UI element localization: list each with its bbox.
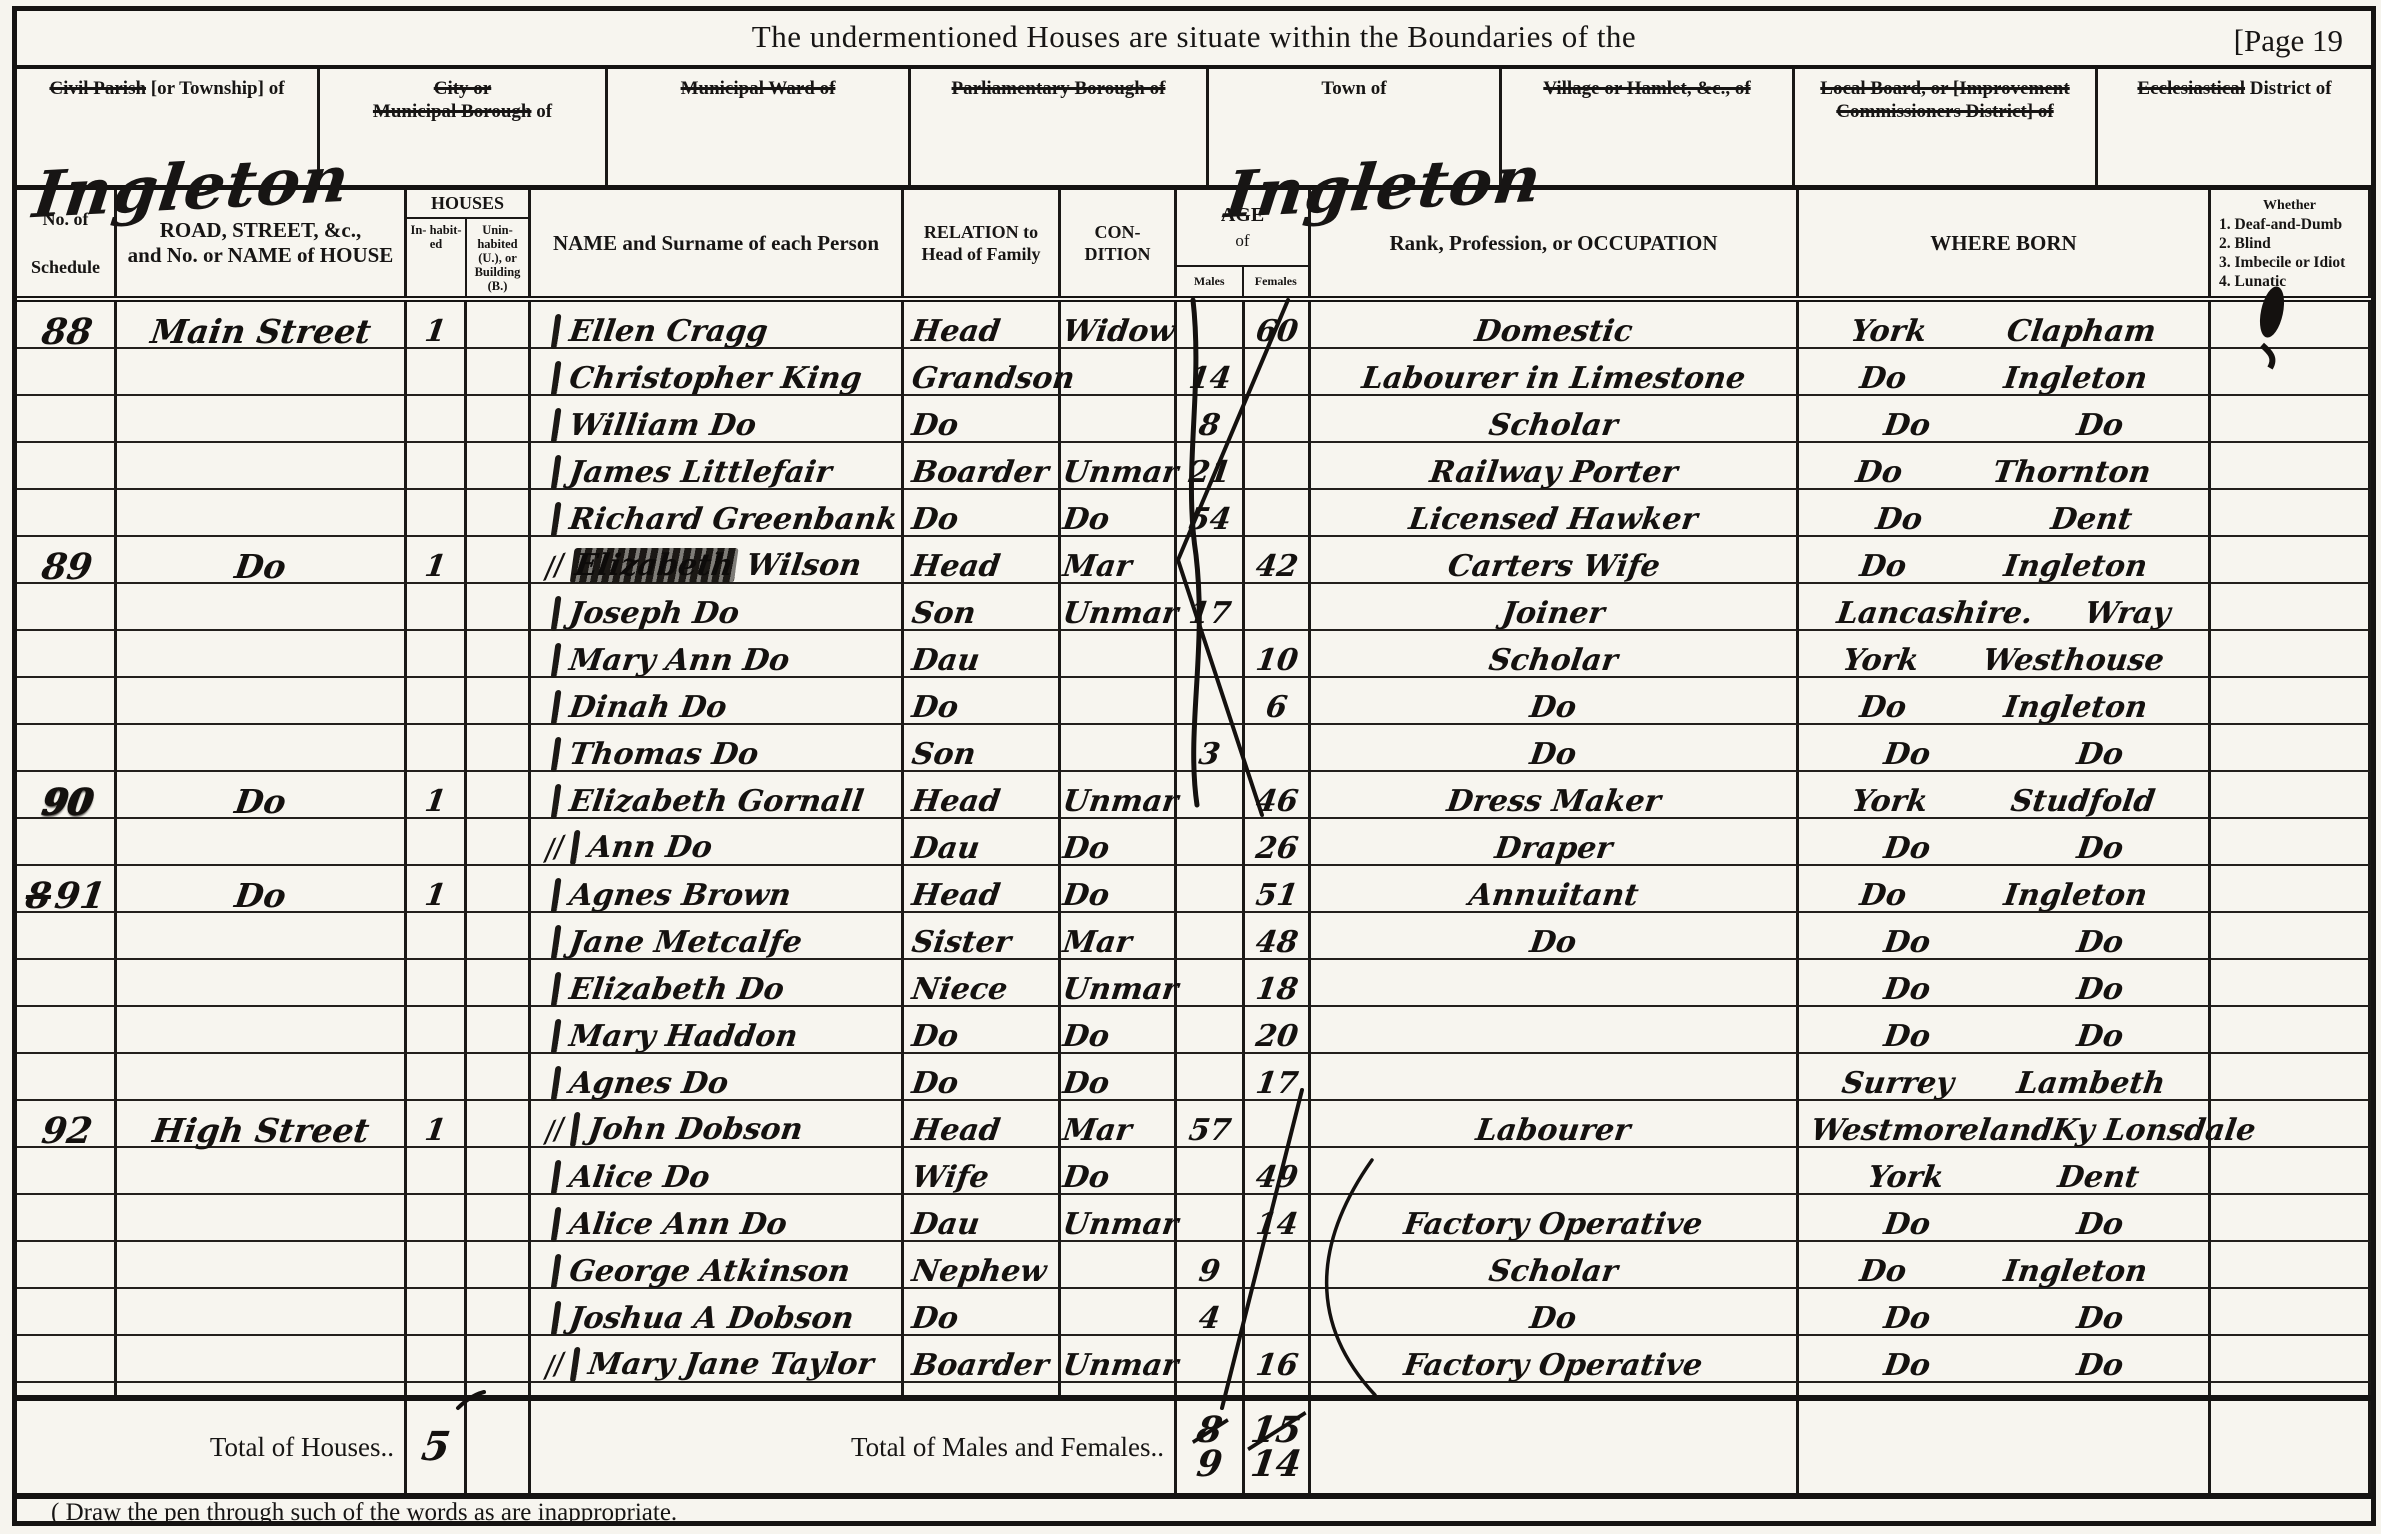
cell-relation: Wife: [904, 1148, 1061, 1195]
cell-name: Elizabeth Gornall: [531, 772, 904, 819]
relation-value: Boarder: [910, 1351, 1051, 1381]
name-blotted: [551, 1301, 562, 1336]
census-row: 891 Do 1 Agnes Brown Head Do 51 Annuitan…: [17, 866, 2371, 913]
cell-uninhabited: [467, 396, 531, 443]
schedule-number: 89: [39, 546, 95, 588]
cell-age-male: [1177, 913, 1245, 960]
col-condition-label: CON- DITION: [1065, 221, 1170, 265]
person-name: Richard Greenbank: [567, 502, 899, 537]
cell-name: Alice Do: [531, 1148, 904, 1195]
cell-age-male: 9: [1177, 1242, 1245, 1289]
person-name: Ann Do: [586, 830, 714, 865]
cell-age-female: [1245, 396, 1311, 443]
cell-age-male: 4: [1177, 1289, 1245, 1336]
cell-road: [117, 913, 407, 960]
cell-schedule: 90: [17, 772, 117, 819]
cell-name: // Ann Do: [531, 819, 904, 866]
col-inhabited: In- habit- ed: [407, 219, 467, 296]
cell-disability: [2211, 913, 2371, 960]
cell-inhabited: 1: [407, 537, 467, 584]
born-place: Do: [2075, 1351, 2125, 1381]
born-place: Lambeth: [2015, 1069, 2167, 1099]
cell-disability: [2211, 1007, 2371, 1054]
schedule-struck: [61, 452, 67, 494]
born-county: Do: [1882, 1351, 1932, 1381]
col-disability-line: 4. Lunatic: [2219, 272, 2286, 291]
cell-name: Alice Ann Do: [531, 1195, 904, 1242]
cell-condition: Mar: [1061, 1101, 1177, 1148]
cell-age-male: [1177, 866, 1245, 913]
col-road-line2: and No. or NAME of HOUSE: [128, 243, 394, 268]
born-county: Lancashire.: [1835, 599, 2035, 629]
cell-occupation: Do: [1311, 725, 1799, 772]
cell-road: [117, 1007, 407, 1054]
born-place: Ingleton: [2002, 364, 2149, 394]
cell-road: Do: [117, 866, 407, 913]
schedule-struck: [61, 1345, 67, 1387]
cell-condition: Do: [1061, 1007, 1177, 1054]
cell-age-male: 3: [1177, 725, 1245, 772]
occupation-value: Joiner: [1500, 599, 1607, 629]
cell-road: [117, 960, 407, 1007]
cell-inhabited: [407, 1289, 467, 1336]
cell-name: Joseph Do: [531, 584, 904, 631]
total-females-value: 1514: [1245, 1401, 1311, 1493]
age-female-value: 16: [1254, 1351, 1300, 1381]
census-page: The undermentioned Houses are situate wi…: [0, 0, 2381, 1534]
col-occupation-label: Rank, Profession, or OCCUPATION: [1389, 231, 1717, 256]
person-name: Thomas Do: [567, 737, 761, 772]
cell-inhabited: [407, 396, 467, 443]
cell-schedule: [17, 490, 117, 537]
relation-value: Dau: [910, 646, 981, 676]
cell-born: WestmorelandKy Lonsdale: [1799, 1101, 2211, 1148]
census-row: Jane Metcalfe Sister Mar 48 Do DoDo: [17, 913, 2371, 960]
census-row: 89 Do 1 //Elizabeth Wilson Head Mar 42 C…: [17, 537, 2371, 584]
inhabited-value: 1: [423, 881, 448, 911]
cell-occupation: Railway Porter: [1311, 443, 1799, 490]
header-label-struck: Civil Parish: [49, 78, 146, 99]
cell-schedule: [17, 1195, 117, 1242]
cell-occupation: Scholar: [1311, 1242, 1799, 1289]
cell-inhabited: [407, 725, 467, 772]
condition-value: Unmar: [1061, 975, 1180, 1005]
col-relation: RELATION to Head of Family: [904, 190, 1061, 296]
cell-occupation: Labourer: [1311, 1101, 1799, 1148]
person-name: Elizabeth Gornall: [567, 784, 866, 819]
born-place: Do: [2075, 975, 2125, 1005]
relation-value: Head: [910, 317, 1002, 347]
born-county: Do: [1882, 740, 1932, 770]
relation-value: Do: [910, 1304, 960, 1334]
cell-name: Agnes Do: [531, 1054, 904, 1101]
cell-occupation: [1311, 1054, 1799, 1101]
name-blotted: [551, 972, 562, 1007]
person-name: Elizabeth Do: [567, 972, 786, 1007]
cell-schedule: [17, 1054, 117, 1101]
header-box-ecclesiastical-district: Ecclesiastical District of: [2098, 69, 2371, 185]
cell-age-female: 49: [1245, 1148, 1311, 1195]
cell-relation: Do: [904, 1289, 1061, 1336]
cell-uninhabited: [467, 302, 531, 349]
condition-value: Do: [1061, 1022, 1111, 1052]
cell-road: [117, 349, 407, 396]
census-row: Richard Greenbank Do Do 54 Licensed Hawk…: [17, 490, 2371, 537]
males-total-struck: 8: [1195, 1413, 1225, 1447]
census-row: Dinah Do Do 6 Do DoIngleton: [17, 678, 2371, 725]
cell-name: // John Dobson: [531, 1101, 904, 1148]
cell-uninhabited: [467, 490, 531, 537]
cell-age-female: 6: [1245, 678, 1311, 725]
born-place: Do: [2075, 1304, 2125, 1334]
age-male-value: 54: [1187, 505, 1233, 535]
boundary-header-row: Civil Parish [or Township] of Ingleton C…: [17, 69, 2371, 190]
cell-uninhabited: [467, 349, 531, 396]
schedule-number: 91: [52, 875, 108, 917]
cell-age-male: [1177, 631, 1245, 678]
cell-age-male: [1177, 1195, 1245, 1242]
road-value: Do: [233, 881, 288, 911]
footnote: ( Draw the pen through such of the words…: [17, 1499, 2371, 1521]
cell-schedule: [17, 443, 117, 490]
col-schedule-line2: Schedule: [31, 256, 100, 278]
census-row: Joseph Do Son Unmar 17 Joiner Lancashire…: [17, 584, 2371, 631]
age-female-value: 60: [1254, 317, 1300, 347]
relation-value: Head: [910, 881, 1002, 911]
born-place: Ingleton: [2002, 693, 2149, 723]
cell-condition: [1061, 1242, 1177, 1289]
schedule-number: [65, 358, 71, 400]
cell-road: [117, 678, 407, 725]
name-blotted: [551, 596, 562, 631]
schedule-struck: [61, 640, 67, 682]
road-value: Main Street: [149, 317, 373, 347]
person-name: William Do: [567, 408, 758, 443]
age-male-value: 3: [1197, 740, 1222, 770]
cell-age-female: 60: [1245, 302, 1311, 349]
cell-inhabited: [407, 443, 467, 490]
relation-value: Do: [910, 1022, 960, 1052]
cell-disability: [2211, 1242, 2371, 1289]
col-relation-label: RELATION to Head of Family: [908, 221, 1054, 265]
road-value: High Street: [150, 1116, 370, 1146]
schedule-number: [65, 499, 71, 541]
cell-name: James Littlefair: [531, 443, 904, 490]
cell-born: DoDo: [1799, 960, 2211, 1007]
cell-name: Ellen Cragg: [531, 302, 904, 349]
cell-relation: Do: [904, 1007, 1061, 1054]
cell-condition: Do: [1061, 490, 1177, 537]
header-box-village-hamlet: Village or Hamlet, &c., of: [1502, 69, 1795, 185]
table-body: 88 Main Street 1 Ellen Cragg Head Widow …: [17, 302, 2371, 1383]
cell-disability: [2211, 584, 2371, 631]
relation-value: Sister: [910, 928, 1013, 958]
cell-inhabited: 1: [407, 1101, 467, 1148]
cell-age-female: 16: [1245, 1336, 1311, 1383]
schedule-number: [65, 452, 71, 494]
cell-uninhabited: [467, 772, 531, 819]
cell-disability: [2211, 1148, 2371, 1195]
occupation-value: Do: [1528, 740, 1578, 770]
header-label: District of: [2245, 78, 2332, 99]
schedule-struck: [61, 499, 67, 541]
cell-disability: [2211, 1054, 2371, 1101]
age-female-value: 42: [1254, 552, 1300, 582]
cell-age-female: [1245, 725, 1311, 772]
schedule-number: [65, 1298, 71, 1340]
age-female-value: 10: [1254, 646, 1300, 676]
age-female-value: 6: [1264, 693, 1289, 723]
col-disability-line: Whether: [2263, 196, 2316, 215]
person-name: Joseph Do: [567, 596, 741, 631]
col-disability: Whether 1. Deaf-and-Dumb 2. Blind 3. Imb…: [2211, 190, 2371, 296]
schedule-number: 88: [39, 311, 95, 353]
cell-relation: Dau: [904, 631, 1061, 678]
cell-age-male: [1177, 772, 1245, 819]
cell-occupation: Factory Operative: [1311, 1195, 1799, 1242]
household-mark: //: [545, 549, 564, 585]
schedule-number: [65, 405, 71, 447]
occupation-value: Labourer in Limestone: [1360, 364, 1747, 394]
age-female-value: 17: [1254, 1069, 1300, 1099]
name-blotted: [551, 1019, 562, 1054]
cell-uninhabited: [467, 1242, 531, 1289]
age-male-value: 9: [1197, 1257, 1222, 1287]
cell-disability: [2211, 678, 2371, 725]
schedule-struck: [61, 828, 67, 870]
cell-schedule: [17, 396, 117, 443]
condition-value: Do: [1061, 505, 1111, 535]
cell-born: DoIngleton: [1799, 1242, 2211, 1289]
cell-inhabited: [407, 1195, 467, 1242]
cell-occupation: Licensed Hawker: [1311, 490, 1799, 537]
condition-value: Do: [1061, 881, 1111, 911]
born-place: Do: [2075, 1210, 2125, 1240]
person-name: Agnes Brown: [567, 878, 793, 913]
cell-disability: [2211, 349, 2371, 396]
cell-condition: [1061, 349, 1177, 396]
cell-born: SurreyLambeth: [1799, 1054, 2211, 1101]
born-place: Dent: [2049, 505, 2134, 535]
born-place: Clapham: [2005, 317, 2158, 347]
cell-schedule: [17, 819, 117, 866]
schedule-number: [65, 640, 71, 682]
schedule-number: [65, 734, 71, 776]
born-county: Westmoreland: [1809, 1116, 2055, 1146]
cell-road: Do: [117, 537, 407, 584]
born-county: Do: [1858, 1257, 1908, 1287]
born-place: Ingleton: [2002, 552, 2149, 582]
cell-inhabited: [407, 678, 467, 725]
relation-value: Niece: [910, 975, 1009, 1005]
cell-condition: Mar: [1061, 913, 1177, 960]
cell-age-male: 17: [1177, 584, 1245, 631]
born-county: Do: [1882, 928, 1932, 958]
total-houses-label: Total of Houses..: [17, 1401, 407, 1493]
schedule-struck: [61, 922, 67, 964]
census-row: George Atkinson Nephew 9 Scholar DoIngle…: [17, 1242, 2371, 1289]
name-blotted: [551, 408, 562, 443]
schedule-struck: [61, 1063, 67, 1105]
cell-disability: [2211, 1336, 2371, 1383]
cell-born: YorkWesthouse: [1799, 631, 2211, 678]
cell-condition: Unmar: [1061, 1195, 1177, 1242]
person-name: Wilson: [744, 548, 864, 583]
cell-disability: [2211, 631, 2371, 678]
cell-condition: Do: [1061, 1054, 1177, 1101]
occupation-value: Annuitant: [1467, 881, 1640, 911]
cell-age-female: [1245, 1101, 1311, 1148]
cell-schedule: [17, 913, 117, 960]
cell-uninhabited: [467, 1289, 531, 1336]
cell-condition: Do: [1061, 819, 1177, 866]
col-born-label: WHERE BORN: [1930, 231, 2076, 256]
page-title: The undermentioned Houses are situate wi…: [17, 19, 2371, 55]
age-male-value: 8: [1197, 411, 1222, 441]
census-row: 88 Main Street 1 Ellen Cragg Head Widow …: [17, 302, 2371, 349]
condition-value: Unmar: [1061, 599, 1180, 629]
person-name: Christopher King: [567, 361, 864, 396]
cell-relation: Dau: [904, 819, 1061, 866]
cell-born: DoDo: [1799, 1336, 2211, 1383]
condition-value: Widow: [1061, 317, 1177, 347]
born-county: Do: [1854, 458, 1904, 488]
name-blotted: [570, 1112, 581, 1147]
born-place: Do: [2075, 740, 2125, 770]
cell-uninhabited: [467, 537, 531, 584]
cell-inhabited: [407, 349, 467, 396]
cell-uninhabited: [467, 960, 531, 1007]
census-row: Mary Haddon Do Do 20 DoDo: [17, 1007, 2371, 1054]
relation-value: Head: [910, 552, 1002, 582]
cell-schedule: [17, 960, 117, 1007]
cell-born: DoIngleton: [1799, 537, 2211, 584]
header-label-struck: City or: [434, 78, 492, 99]
cell-disability: [2211, 772, 2371, 819]
cell-born: DoIngleton: [1799, 678, 2211, 725]
cell-age-male: 14: [1177, 349, 1245, 396]
cell-inhabited: [407, 490, 467, 537]
males-total: 9: [1195, 1447, 1225, 1481]
totals-empty: [1799, 1401, 2211, 1493]
cell-born: DoDo: [1799, 1289, 2211, 1336]
cell-road: [117, 584, 407, 631]
born-place: Do: [2075, 1022, 2125, 1052]
cell-occupation: [1311, 960, 1799, 1007]
condition-value: Mar: [1061, 552, 1134, 582]
relation-value: Do: [910, 411, 960, 441]
cell-road: [117, 1195, 407, 1242]
occupation-value: Domestic: [1473, 317, 1634, 347]
cell-age-female: 46: [1245, 772, 1311, 819]
cell-condition: [1061, 631, 1177, 678]
cell-occupation: Joiner: [1311, 584, 1799, 631]
cell-road: Main Street: [117, 302, 407, 349]
cell-disability: [2211, 443, 2371, 490]
person-name: Dinah Do: [567, 690, 729, 725]
born-county: Do: [1858, 364, 1908, 394]
cell-schedule: 89: [17, 537, 117, 584]
totals-empty: [1311, 1401, 1799, 1493]
cell-inhabited: [407, 631, 467, 678]
cell-occupation: Labourer in Limestone: [1311, 349, 1799, 396]
totals-row: Total of Houses.. 5 Total of Males and F…: [17, 1395, 2371, 1499]
age-male-value: 4: [1197, 1304, 1222, 1334]
cell-occupation: Do: [1311, 678, 1799, 725]
person-name: George Atkinson: [567, 1254, 852, 1289]
born-place: Do: [2075, 928, 2125, 958]
females-total-struck: 15: [1249, 1413, 1304, 1447]
females-total: 14: [1249, 1447, 1304, 1481]
born-county: York: [1849, 317, 1929, 347]
header-label: of: [531, 101, 552, 122]
cell-age-female: [1245, 1289, 1311, 1336]
cell-relation: Nephew: [904, 1242, 1061, 1289]
road-value: Do: [233, 552, 288, 582]
cell-relation: Head: [904, 1101, 1061, 1148]
cell-name: Richard Greenbank: [531, 490, 904, 537]
cell-age-female: 10: [1245, 631, 1311, 678]
born-place: Ingleton: [2002, 881, 2149, 911]
cell-schedule: [17, 1007, 117, 1054]
occupation-value: Factory Operative: [1402, 1351, 1704, 1381]
cell-schedule: [17, 349, 117, 396]
cell-disability: [2211, 960, 2371, 1007]
cell-name: // Mary Jane Taylor: [531, 1336, 904, 1383]
census-row: James Littlefair Boarder Unmar 21 Railwa…: [17, 443, 2371, 490]
name-blotted: [551, 1066, 562, 1101]
cell-road: [117, 1054, 407, 1101]
name-blotted: [551, 643, 562, 678]
col-name: NAME and Surname of each Person: [531, 190, 904, 296]
born-county: Do: [1882, 411, 1932, 441]
cell-age-male: [1177, 678, 1245, 725]
cell-age-female: [1245, 584, 1311, 631]
cell-disability: [2211, 490, 2371, 537]
cell-disability: [2211, 819, 2371, 866]
cell-age-male: [1177, 1148, 1245, 1195]
col-males: Males: [1177, 267, 1244, 296]
census-row: Thomas Do Son 3 Do DoDo: [17, 725, 2371, 772]
census-row: Mary Ann Do Dau 10 Scholar YorkWesthouse: [17, 631, 2371, 678]
occupation-value: Carters Wife: [1446, 552, 1662, 582]
cell-road: [117, 1148, 407, 1195]
born-county: Do: [1882, 834, 1932, 864]
person-name: Alice Ann Do: [567, 1207, 789, 1242]
cell-schedule: [17, 725, 117, 772]
occupation-value: Labourer: [1474, 1116, 1632, 1146]
born-county: Do: [1882, 1022, 1932, 1052]
table-header: No. of Schedule ROAD, STREET, &c., and N…: [17, 190, 2371, 302]
header-label-struck: Municipal Borough: [373, 101, 532, 122]
header-label-struck: Local Board, or [Improvement: [1820, 78, 2069, 99]
name-blotted: [570, 830, 581, 865]
cell-name: Mary Ann Do: [531, 631, 904, 678]
schedule-struck: [61, 969, 67, 1011]
born-county: Do: [1882, 975, 1932, 1005]
cell-condition: Widow: [1061, 302, 1177, 349]
col-born: WHERE BORN: [1799, 190, 2211, 296]
footnote-text: ( Draw the pen through such of the words…: [51, 1499, 677, 1521]
census-row: Agnes Do Do Do 17 SurreyLambeth: [17, 1054, 2371, 1101]
condition-value: Unmar: [1061, 1351, 1180, 1381]
col-houses: HOUSES In- habit- ed Unin- habited (U.),…: [407, 190, 531, 296]
age-male-value: 17: [1187, 599, 1233, 629]
cell-uninhabited: [467, 1195, 531, 1242]
inhabited-value: 1: [423, 552, 448, 582]
cell-condition: [1061, 678, 1177, 725]
born-county: Do: [1858, 881, 1908, 911]
